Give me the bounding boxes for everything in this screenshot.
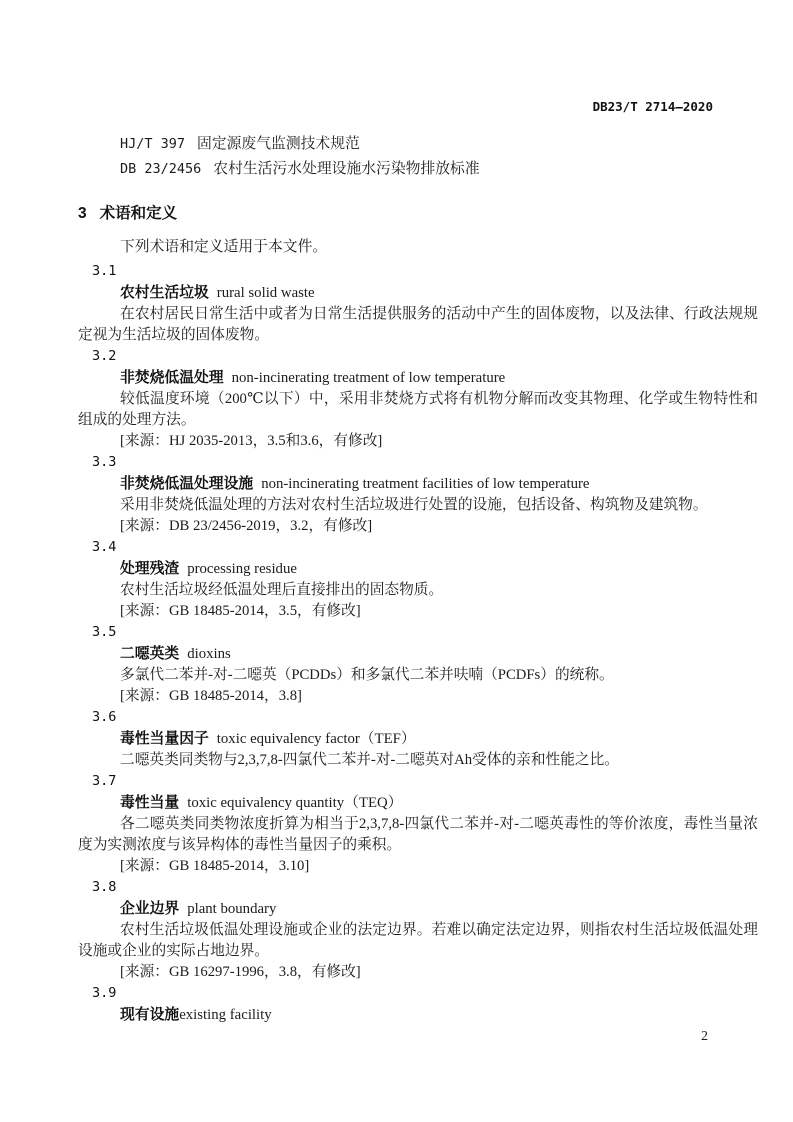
term-number: 3.4 [78, 537, 758, 558]
term-source: [来源：HJ 2035-2013，3.5和3.6，有修改] [78, 431, 758, 452]
term-en: dioxins [187, 646, 231, 662]
term-3-9: 3.9 现有设施existing facility [78, 983, 758, 1026]
term-definition: 各二噁英类同类物浓度折算为相当于2,3,7,8-四氯代二苯并-对-二噁英毒性的等… [78, 814, 758, 856]
term-definition: 较低温度环境（200℃以下）中，采用非焚烧方式将有机物分解而改变其物理、化学或生… [78, 389, 758, 431]
section-intro: 下列术语和定义适用于本文件。 [78, 237, 758, 258]
term-title: 处理残渣processing residue [78, 558, 758, 580]
term-zh: 毒性当量因子 [120, 731, 209, 747]
term-3-1: 3.1 农村生活垃圾rural solid waste 在农村居民日常生活中或者… [78, 261, 758, 346]
term-zh: 现有设施 [120, 1007, 179, 1023]
term-en: plant boundary [187, 901, 276, 917]
term-number: 3.9 [78, 983, 758, 1004]
terms-list: 3.1 农村生活垃圾rural solid waste 在农村居民日常生活中或者… [78, 261, 758, 1026]
normative-references: HJ/T 397固定源废气监测技术规范 DB 23/2456农村生活污水处理设施… [78, 132, 758, 182]
term-en: non-incinerating treatment facilities of… [261, 476, 589, 492]
term-3-4: 3.4 处理残渣processing residue 农村生活垃圾经低温处理后直… [78, 537, 758, 622]
term-title: 二噁英类dioxins [78, 643, 758, 665]
term-source: [来源：GB 18485-2014，3.10] [78, 856, 758, 877]
term-title: 农村生活垃圾rural solid waste [78, 282, 758, 304]
term-number: 3.1 [78, 261, 758, 282]
term-zh: 毒性当量 [120, 795, 179, 811]
document-page: DB23/T 2714—2020 HJ/T 397固定源废气监测技术规范 DB … [0, 0, 793, 1122]
term-number: 3.6 [78, 707, 758, 728]
section-number: 3 [78, 205, 87, 222]
reference-title: 固定源废气监测技术规范 [197, 136, 360, 152]
term-3-6: 3.6 毒性当量因子toxic equivalency factor（TEF） … [78, 707, 758, 771]
document-code-header: DB23/T 2714—2020 [78, 99, 758, 115]
term-en: non-incinerating treatment of low temper… [232, 370, 506, 386]
section-title: 术语和定义 [100, 205, 178, 222]
term-en: toxic equivalency quantity（TEQ） [187, 795, 402, 811]
term-number: 3.7 [78, 771, 758, 792]
reference-item: DB 23/2456农村生活污水处理设施水污染物排放标准 [78, 157, 758, 182]
term-definition: 采用非焚烧低温处理的方法对农村生活垃圾进行处置的设施，包括设备、构筑物及建筑物。 [78, 495, 758, 516]
term-title: 非焚烧低温处理non-incinerating treatment of low… [78, 367, 758, 389]
term-definition: 在农村居民日常生活中或者为日常生活提供服务的活动中产生的固体废物，以及法律、行政… [78, 304, 758, 346]
term-title: 毒性当量toxic equivalency quantity（TEQ） [78, 792, 758, 814]
term-title: 非焚烧低温处理设施non-incinerating treatment faci… [78, 473, 758, 495]
term-number: 3.5 [78, 622, 758, 643]
term-number: 3.3 [78, 452, 758, 473]
term-3-3: 3.3 非焚烧低温处理设施non-incinerating treatment … [78, 452, 758, 537]
term-source: [来源：DB 23/2456-2019，3.2，有修改] [78, 516, 758, 537]
term-definition: 农村生活垃圾低温处理设施或企业的法定边界。若难以确定法定边界，则指农村生活垃圾低… [78, 920, 758, 962]
term-zh: 企业边界 [120, 901, 179, 917]
term-zh: 处理残渣 [120, 561, 179, 577]
term-zh: 二噁英类 [120, 646, 179, 662]
term-zh: 农村生活垃圾 [120, 285, 209, 301]
term-number: 3.8 [78, 877, 758, 898]
term-3-2: 3.2 非焚烧低温处理non-incinerating treatment of… [78, 346, 758, 452]
section-heading: 3术语和定义 [78, 204, 758, 224]
term-title: 毒性当量因子toxic equivalency factor（TEF） [78, 728, 758, 750]
reference-item: HJ/T 397固定源废气监测技术规范 [78, 132, 758, 157]
reference-code: HJ/T 397 [120, 136, 185, 152]
reference-title: 农村生活污水处理设施水污染物排放标准 [213, 161, 479, 177]
term-title: 企业边界plant boundary [78, 898, 758, 920]
term-3-5: 3.5 二噁英类dioxins 多氯代二苯并-对-二噁英（PCDDs）和多氯代二… [78, 622, 758, 707]
term-en: existing facility [179, 1007, 271, 1023]
term-3-7: 3.7 毒性当量toxic equivalency quantity（TEQ） … [78, 771, 758, 877]
reference-code: DB 23/2456 [120, 161, 201, 177]
term-en: rural solid waste [217, 285, 315, 301]
term-en: processing residue [187, 561, 297, 577]
term-zh: 非焚烧低温处理 [120, 370, 224, 386]
term-title: 现有设施existing facility [78, 1004, 758, 1026]
term-3-8: 3.8 企业边界plant boundary 农村生活垃圾低温处理设施或企业的法… [78, 877, 758, 983]
term-number: 3.2 [78, 346, 758, 367]
term-definition: 二噁英类同类物与2,3,7,8-四氯代二苯并-对-二噁英对Ah受体的亲和性能之比… [78, 750, 758, 771]
term-source: [来源：GB 18485-2014，3.5，有修改] [78, 601, 758, 622]
term-zh: 非焚烧低温处理设施 [120, 476, 253, 492]
term-source: [来源：GB 18485-2014，3.8] [78, 686, 758, 707]
term-en: toxic equivalency factor（TEF） [217, 731, 416, 747]
term-definition: 多氯代二苯并-对-二噁英（PCDDs）和多氯代二苯并呋喃（PCDFs）的统称。 [78, 665, 758, 686]
term-source: [来源：GB 16297-1996，3.8，有修改] [78, 962, 758, 983]
page-number: 2 [701, 1029, 708, 1045]
term-definition: 农村生活垃圾经低温处理后直接排出的固态物质。 [78, 580, 758, 601]
